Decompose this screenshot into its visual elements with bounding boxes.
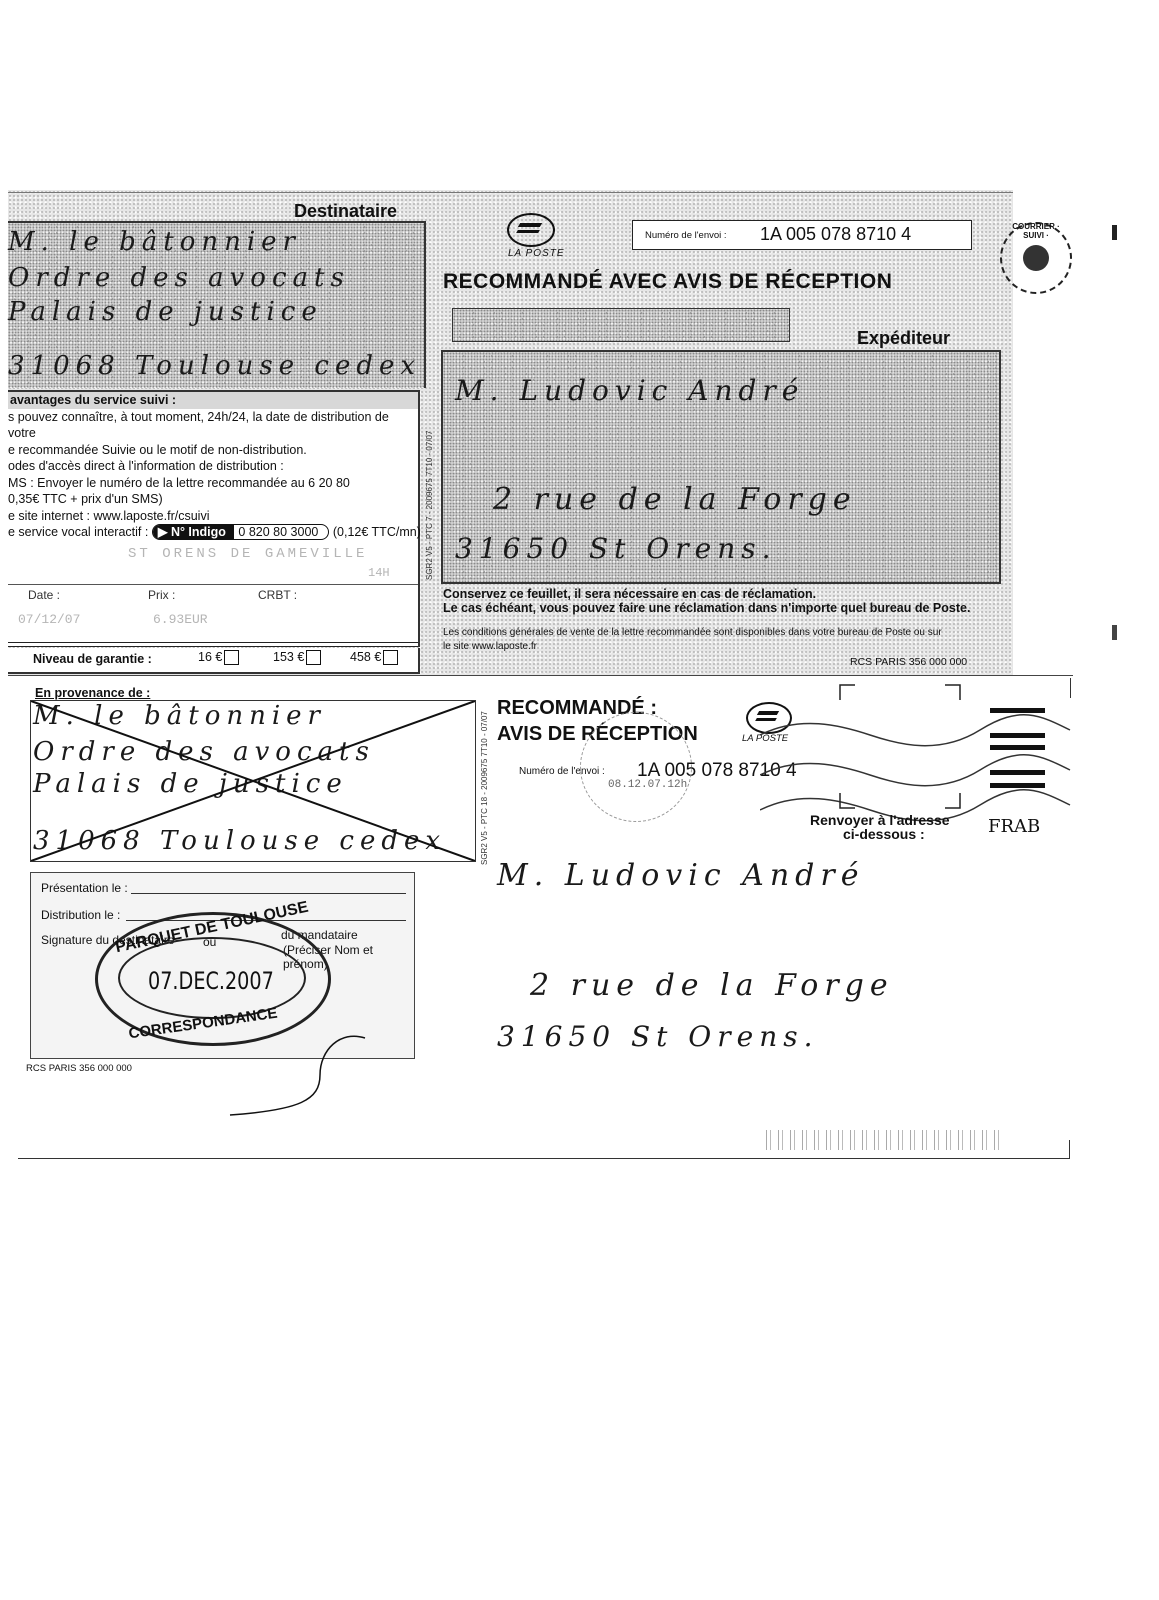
frab-code: FRAB: [988, 816, 1040, 837]
right-edge: [1070, 678, 1071, 698]
service-suivi-line: e site internet : www.laposte.fr/csuivi: [8, 508, 418, 525]
expediteur-line: 31650 St Orens.: [455, 532, 777, 565]
expediteur-box: M. Ludovic André 2 rue de la Forge 31650…: [441, 350, 1001, 584]
signature-scribble-icon: [220, 1030, 420, 1150]
destinataire-line: Palais de justice: [8, 297, 323, 327]
bird-icon: [518, 223, 542, 227]
renvoyer-line2: ci-dessous :: [843, 826, 925, 842]
indigo-number: 0 820 80 3000: [234, 525, 318, 539]
postmark: [580, 712, 692, 822]
prix-label: Prix :: [148, 588, 175, 602]
office-time: 14H: [368, 566, 390, 580]
expediteur-label: Expéditeur: [857, 328, 950, 349]
scan-mark: [1112, 625, 1117, 640]
form-title: RECOMMANDÉ AVEC AVIS DE RÉCEPTION: [443, 270, 892, 294]
vocal-price: (0,12€ TTC/mn): [333, 525, 421, 539]
top-form-top-border: [8, 192, 1013, 193]
conditions-line: le site www.laposte.fr: [443, 641, 537, 652]
conditions-line: Les conditions générales de vente de la …: [443, 627, 942, 638]
destinataire-line: 31068 Toulouse cedex: [8, 351, 421, 381]
service-suivi-line: 0,35€ TTC + prix d'un SMS): [8, 491, 418, 508]
date-label: Date :: [28, 588, 60, 602]
parquet-stamp: PARQUET DE TOULOUSE 07.DEC.2007 CORRESPO…: [95, 912, 331, 1046]
date-value: 07/12/07: [18, 612, 80, 627]
scan-mark: [1112, 225, 1117, 240]
distribution-label: Distribution le :: [41, 908, 120, 922]
checkbox[interactable]: [306, 650, 321, 665]
provenance-label: En provenance de :: [35, 686, 150, 700]
destinataire-label: Destinataire: [294, 201, 397, 222]
service-suivi-title: avantages du service suivi :: [8, 392, 418, 409]
expediteur-line: 2 rue de la Forge: [493, 482, 857, 517]
garantie-option-153[interactable]: 153 €: [273, 650, 321, 665]
numero-label: Numéro de l'envoi :: [645, 230, 727, 241]
crbt-label: CRBT :: [258, 588, 297, 602]
service-suivi-line: odes d'accès direct à l'information de d…: [8, 458, 418, 475]
service-suivi-line: e recommandée Suivie ou le motif de non-…: [8, 442, 418, 459]
provenance-box: M. le bâtonnier Ordre des avocats Palais…: [30, 700, 476, 862]
return-line: 31650 St Orens.: [497, 1020, 819, 1053]
service-suivi-line: s pouvez connaître, à tout moment, 24h/2…: [8, 409, 418, 442]
office-divider: [8, 584, 418, 585]
destinataire-box: M. le bâtonnier Ordre des avocats Palais…: [8, 221, 426, 388]
numero-box: Numéro de l'envoi : 1A 005 078 8710 4: [632, 220, 972, 250]
destinataire-line: Ordre des avocats: [8, 263, 350, 293]
garantie-divider: [8, 642, 418, 647]
rcs-bottom: RCS PARIS 356 000 000: [26, 1063, 132, 1074]
service-suivi-box: avantages du service suivi : s pouvez co…: [8, 390, 420, 544]
la-poste-logo: [507, 213, 555, 247]
indigo-label: ▶ N° Indigo: [153, 525, 235, 539]
rcs-top: RCS PARIS 356 000 000: [850, 656, 967, 668]
office-stamp: ST ORENS DE GAMEVILLE: [128, 546, 367, 562]
cancellation-waves-icon: [760, 675, 1080, 835]
blank-field: [452, 308, 790, 342]
barcode: [766, 1130, 1006, 1150]
courrier-suivi-badge: COURRIER · SUIVI ·: [1000, 222, 1072, 294]
cross-out-icon: [31, 701, 475, 861]
garantie-option-458[interactable]: 458 €: [350, 650, 398, 665]
destinataire-line: M. le bâtonnier: [8, 227, 301, 257]
expediteur-line: M. Ludovic André: [455, 374, 804, 407]
play-icon: ▶: [158, 525, 168, 539]
numero-value: 1A 005 078 8710 4: [760, 224, 911, 245]
side-code: SGR2 V5 - PTC 7 - 2009675 7T10 - 07/07: [425, 431, 434, 580]
prix-value: 6.93EUR: [153, 612, 208, 627]
garantie-option-16[interactable]: 16 €: [198, 650, 239, 665]
presentation-line: [131, 893, 406, 894]
return-line: M. Ludovic André: [497, 858, 864, 893]
indigo-badge: ▶ N° Indigo 0 820 80 3000: [152, 524, 330, 540]
bottom-edge-line: [18, 1158, 1070, 1159]
conserve-line: Conservez ce feuillet, il sera nécessair…: [443, 587, 816, 601]
garantie-label: Niveau de garantie :: [33, 652, 152, 666]
garantie-row: Niveau de garantie : 16 € 153 € 458 €: [8, 648, 420, 674]
bottom-edge-corner: [1069, 1140, 1070, 1159]
presentation-label: Présentation le :: [41, 881, 128, 895]
side-code-bottom: SGR2 V5 - PTC 18 - 2009675 7T10 - 07/07: [480, 711, 489, 865]
courrier-suivi-text: COURRIER · SUIVI ·: [1002, 222, 1070, 240]
office-box: ST ORENS DE GAMEVILLE 14H Date : Prix : …: [8, 542, 420, 647]
la-poste-logo-text: LA POSTE: [508, 248, 565, 259]
service-vocal-line: e service vocal interactif : ▶ N° Indigo…: [8, 524, 418, 541]
postmark-date: 08.12.07.12h: [608, 779, 687, 791]
checkbox[interactable]: [224, 650, 239, 665]
reclamation-line: Le cas échéant, vous pouvez faire une ré…: [443, 601, 970, 615]
service-suivi-line: MS : Envoyer le numéro de la lettre reco…: [8, 475, 418, 492]
checkbox[interactable]: [383, 650, 398, 665]
stamp-date: 07.DEC.2007: [148, 967, 274, 995]
return-line: 2 rue de la Forge: [530, 968, 894, 1003]
service-vocal-prefix: e service vocal interactif :: [8, 525, 148, 539]
